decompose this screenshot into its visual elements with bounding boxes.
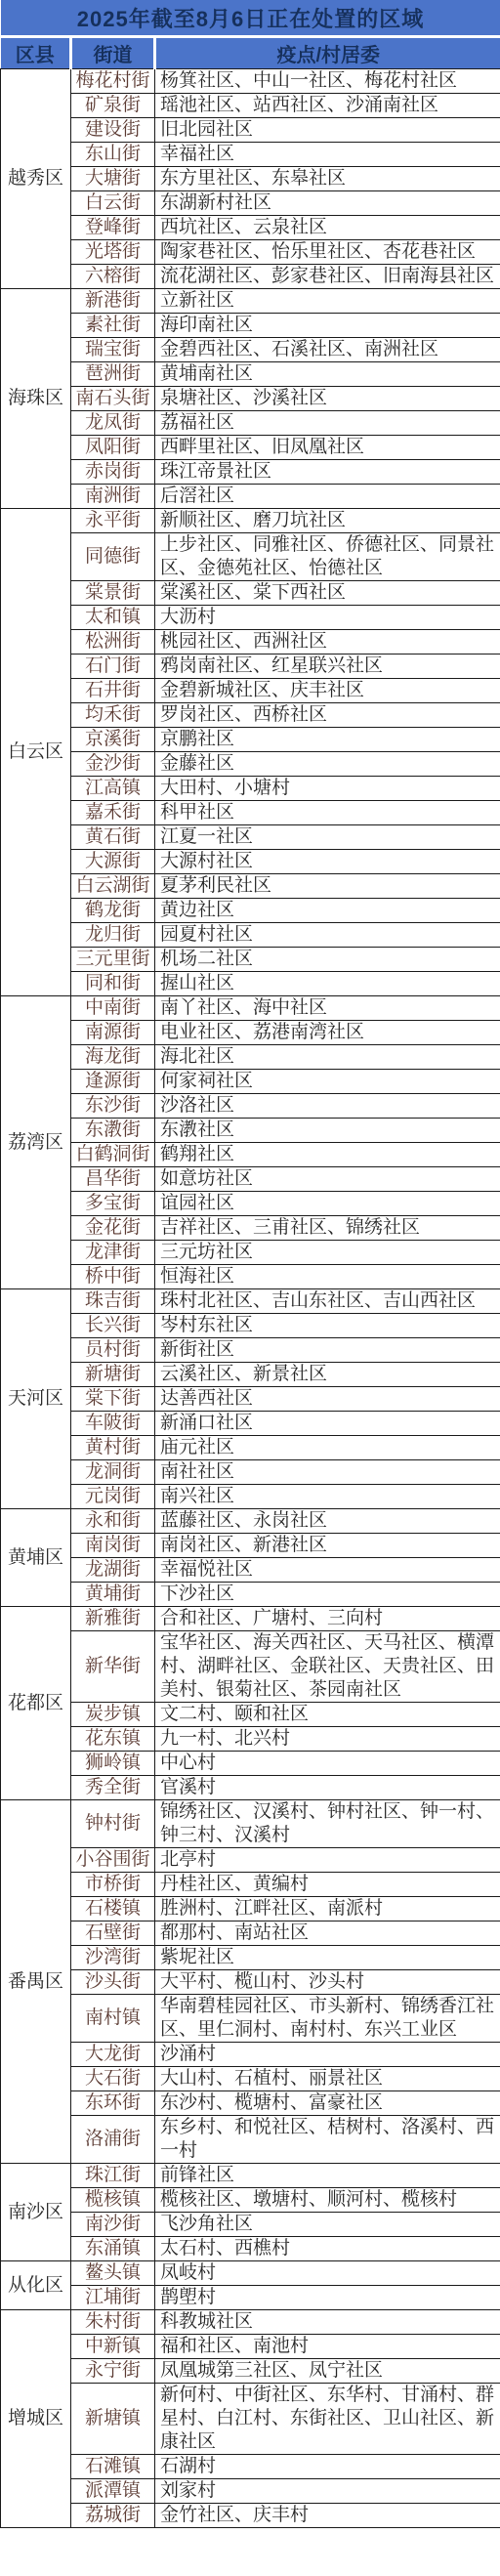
district-cell: 增城区 [1, 2310, 71, 2528]
table-row: 新塘镇新何村、中街社区、东华村、甘涌村、群星村、白江村、东街社区、卫山社区、新康… [1, 2384, 500, 2455]
street-cell: 南源街 [71, 1021, 155, 1045]
table-row: 长兴街岑村东社区 [1, 1314, 500, 1338]
street-cell: 南洲街 [71, 485, 155, 509]
places-cell: 沙涌村 [155, 2043, 500, 2067]
street-cell: 金沙街 [71, 752, 155, 777]
title-row: 2025年截至8月6日正在处置的区域 [1, 0, 500, 37]
places-cell: 杨箕社区、中山一社区、梅花村社区 [155, 69, 500, 94]
table-row: 光塔街陶家巷社区、怡乐里社区、杏花巷社区 [1, 240, 500, 265]
street-cell: 白云街 [71, 191, 155, 216]
table-row: 江高镇大田村、小塘村 [1, 777, 500, 801]
places-cell: 恒海社区 [155, 1265, 500, 1289]
street-cell: 松洲街 [71, 630, 155, 655]
table-row: 金沙街金藤社区 [1, 752, 500, 777]
district-cell: 越秀区 [1, 69, 71, 289]
district-cell: 天河区 [1, 1289, 71, 1509]
places-cell: 东乡村、和悦社区、桔树村、洛溪村、西一村 [155, 2116, 500, 2164]
places-cell: 中心村 [155, 1752, 500, 1776]
street-cell: 小谷围街 [71, 1848, 155, 1873]
places-cell: 新顺社区、磨刀坑社区 [155, 509, 500, 533]
places-cell: 凤岐村 [155, 2261, 500, 2286]
street-cell: 三元里街 [71, 948, 155, 972]
places-cell: 电业社区、荔港南湾社区 [155, 1021, 500, 1045]
places-cell: 新涌口社区 [155, 1412, 500, 1436]
table-row: 中新镇福和社区、南池村 [1, 2335, 500, 2359]
places-cell: 达善西社区 [155, 1387, 500, 1412]
street-cell: 元岗街 [71, 1485, 155, 1509]
places-cell: 京鹏社区 [155, 728, 500, 752]
places-cell: 太石村、西樵村 [155, 2237, 500, 2261]
table-row: 逢源街何家祠社区 [1, 1070, 500, 1094]
street-cell: 车陂街 [71, 1412, 155, 1436]
places-cell: 幸福悦社区 [155, 1558, 500, 1583]
street-cell: 石楼镇 [71, 1897, 155, 1921]
table-row: 昌华街如意坊社区 [1, 1167, 500, 1192]
places-cell: 蓝藤社区、永岗社区 [155, 1509, 500, 1534]
street-cell: 桥中街 [71, 1265, 155, 1289]
street-cell: 员村街 [71, 1338, 155, 1363]
district-cell: 白云区 [1, 509, 71, 996]
table-row: 洛浦街东乡村、和悦社区、桔树村、洛溪村、西一村 [1, 2116, 500, 2164]
places-cell: 园夏村社区 [155, 923, 500, 948]
places-cell: 黄边社区 [155, 899, 500, 923]
places-cell: 泉塘社区、沙溪社区 [155, 387, 500, 411]
places-cell: 何家祠社区 [155, 1070, 500, 1094]
places-cell: 海北社区 [155, 1045, 500, 1070]
column-header-district: 区县 [1, 37, 71, 69]
table-row: 南岗街南岗社区、新港社区 [1, 1534, 500, 1558]
places-cell: 新何村、中街社区、东华村、甘涌村、群星村、白江村、东街社区、卫山社区、新康社区 [155, 2384, 500, 2455]
table-row: 元岗街南兴社区 [1, 1485, 500, 1509]
table-row: 江埔街鹊塱村 [1, 2286, 500, 2310]
table-row: 花都区新雅街合和社区、广塘村、三向村 [1, 1607, 500, 1631]
street-cell: 中南街 [71, 996, 155, 1021]
table-row: 小谷围街北亭村 [1, 1848, 500, 1873]
district-cell: 花都区 [1, 1607, 71, 1800]
table-row: 黄村街庙元社区 [1, 1436, 500, 1460]
places-cell: 科甲社区 [155, 801, 500, 825]
table-row: 建设街旧北园社区 [1, 118, 500, 143]
table-row: 东环街东沙村、榄塘村、富豪社区 [1, 2091, 500, 2116]
places-cell: 机场二社区 [155, 948, 500, 972]
street-cell: 大源街 [71, 850, 155, 874]
district-cell: 荔湾区 [1, 996, 71, 1289]
street-cell: 大石街 [71, 2067, 155, 2091]
street-cell: 鳌头镇 [71, 2261, 155, 2286]
table-row: 南洲街后滘社区 [1, 485, 500, 509]
places-cell: 大源村社区 [155, 850, 500, 874]
table-row: 多宝街谊园社区 [1, 1192, 500, 1216]
places-cell: 东沙村、榄塘村、富豪社区 [155, 2091, 500, 2116]
table-row: 新塘街云溪社区、新景社区 [1, 1363, 500, 1387]
street-cell: 金花街 [71, 1216, 155, 1241]
places-cell: 凤凰城第三社区、凤宁社区 [155, 2359, 500, 2384]
places-cell: 紫坭社区 [155, 1946, 500, 1970]
places-cell: 珠村北社区、吉山东社区、吉山西社区 [155, 1289, 500, 1314]
table-row: 从化区鳌头镇凤岐村 [1, 2261, 500, 2286]
table-row: 海珠区新港街立新社区 [1, 289, 500, 314]
places-cell: 谊园社区 [155, 1192, 500, 1216]
street-cell: 秀全街 [71, 1776, 155, 1800]
street-cell: 黄村街 [71, 1436, 155, 1460]
street-cell: 棠下街 [71, 1387, 155, 1412]
street-cell: 矿泉街 [71, 94, 155, 118]
table-row: 秀全街官溪村 [1, 1776, 500, 1800]
street-cell: 均禾街 [71, 703, 155, 728]
places-cell: 云溪社区、新景社区 [155, 1363, 500, 1387]
places-cell: 东方里社区、东皋社区 [155, 167, 500, 191]
places-cell: 下沙社区 [155, 1583, 500, 1607]
containment-areas-table: 2025年截至8月6日正在处置的区域 区县 街道 疫点/村居委 越秀区梅花村街杨… [0, 0, 500, 2528]
street-cell: 石门街 [71, 655, 155, 679]
street-cell: 南岗街 [71, 1534, 155, 1558]
table-row: 同德街上步社区、同雅社区、侨德社区、同景社区、金德苑社区、怡德社区 [1, 533, 500, 581]
table-row: 东山街幸福社区 [1, 143, 500, 167]
table-row: 黄埔区永和街蓝藤社区、永岗社区 [1, 1509, 500, 1534]
places-cell: 三元坊社区 [155, 1241, 500, 1265]
table-row: 太和镇大沥村 [1, 606, 500, 630]
table-row: 东涌镇太石村、西樵村 [1, 2237, 500, 2261]
table-row: 东漖街东漖社区 [1, 1119, 500, 1143]
places-cell: 庙元社区 [155, 1436, 500, 1460]
street-cell: 石壁街 [71, 1921, 155, 1946]
page-title: 2025年截至8月6日正在处置的区域 [1, 0, 500, 37]
places-cell: 榄核社区、墩塘村、顺河村、榄核村 [155, 2188, 500, 2213]
table-row: 榄核镇榄核社区、墩塘村、顺河村、榄核村 [1, 2188, 500, 2213]
street-cell: 黄埔街 [71, 1583, 155, 1607]
street-cell: 梅花村街 [71, 69, 155, 94]
street-cell: 东漖街 [71, 1119, 155, 1143]
places-cell: 荔福社区 [155, 411, 500, 436]
street-cell: 大塘街 [71, 167, 155, 191]
places-cell: 上步社区、同雅社区、侨德社区、同景社区、金德苑社区、怡德社区 [155, 533, 500, 581]
places-cell: 旧北园社区 [155, 118, 500, 143]
places-cell: 大田村、小塘村 [155, 777, 500, 801]
street-cell: 东涌镇 [71, 2237, 155, 2261]
street-cell: 榄核镇 [71, 2188, 155, 2213]
column-header-row: 区县 街道 疫点/村居委 [1, 37, 500, 69]
places-cell: 沙洛社区 [155, 1094, 500, 1119]
street-cell: 新塘街 [71, 1363, 155, 1387]
table-row: 瑞宝街金碧西社区、石溪社区、南洲社区 [1, 338, 500, 362]
street-cell: 龙洞街 [71, 1460, 155, 1485]
places-cell: 金碧新城社区、庆丰社区 [155, 679, 500, 703]
table-row: 龙津街三元坊社区 [1, 1241, 500, 1265]
table-row: 赤岗街珠江帝景社区 [1, 460, 500, 485]
table-row: 南源街电业社区、荔港南湾社区 [1, 1021, 500, 1045]
places-cell: 鸦岗南社区、红星联兴社区 [155, 655, 500, 679]
table-row: 越秀区梅花村街杨箕社区、中山一社区、梅花村社区 [1, 69, 500, 94]
street-cell: 南沙街 [71, 2213, 155, 2237]
street-cell: 市桥街 [71, 1873, 155, 1897]
places-cell: 流花湖社区、彭家巷社区、旧南海县社区 [155, 265, 500, 289]
table-row: 白云街东湖新村社区 [1, 191, 500, 216]
street-cell: 登峰街 [71, 216, 155, 240]
places-cell: 西畔里社区、旧凤凰社区 [155, 436, 500, 460]
street-cell: 瑞宝街 [71, 338, 155, 362]
street-cell: 嘉禾街 [71, 801, 155, 825]
street-cell: 中新镇 [71, 2335, 155, 2359]
places-cell: 南社社区 [155, 1460, 500, 1485]
table-row: 矿泉街瑶池社区、站西社区、沙涌南社区 [1, 94, 500, 118]
places-cell: 如意坊社区 [155, 1167, 500, 1192]
street-cell: 白鹤洞街 [71, 1143, 155, 1167]
table-row: 金花街吉祥社区、三甫社区、锦绣社区 [1, 1216, 500, 1241]
table-row: 六榕街流花湖社区、彭家巷社区、旧南海县社区 [1, 265, 500, 289]
street-cell: 洛浦街 [71, 2116, 155, 2164]
district-cell: 海珠区 [1, 289, 71, 509]
column-header-street: 街道 [71, 37, 155, 69]
table-row: 南沙区珠江街前锋社区 [1, 2164, 500, 2188]
street-cell: 钟村街 [71, 1800, 155, 1848]
table-row: 京溪街京鹏社区 [1, 728, 500, 752]
table-row: 龙凤街荔福社区 [1, 411, 500, 436]
places-cell: 后滘社区 [155, 485, 500, 509]
places-cell: 夏茅利民社区 [155, 874, 500, 899]
places-cell: 海印南社区 [155, 314, 500, 338]
table-row: 凤阳街西畔里社区、旧凤凰社区 [1, 436, 500, 460]
table-row: 大龙街沙涌村 [1, 2043, 500, 2067]
street-cell: 京溪街 [71, 728, 155, 752]
places-cell: 宝华社区、海关西社区、天马社区、横潭村、湖畔社区、金联社区、天贵社区、田美村、银… [155, 1631, 500, 1703]
table-row: 龙洞街南社社区 [1, 1460, 500, 1485]
table-row: 狮岭镇中心村 [1, 1752, 500, 1776]
places-cell: 九一村、北兴村 [155, 1727, 500, 1752]
places-cell: 瑶池社区、站西社区、沙涌南社区 [155, 94, 500, 118]
places-cell: 大山村、石植村、丽景社区 [155, 2067, 500, 2091]
street-cell: 同德街 [71, 533, 155, 581]
street-cell: 同和街 [71, 972, 155, 996]
places-cell: 陶家巷社区、怡乐里社区、杏花巷社区 [155, 240, 500, 265]
places-cell: 华南碧桂园社区、市头新村、锦绣香江社区、里仁洞村、南村村、东兴工业区 [155, 1995, 500, 2043]
table-row: 棠下街达善西社区 [1, 1387, 500, 1412]
table-row: 嘉禾街科甲社区 [1, 801, 500, 825]
places-cell: 金竹社区、庆丰村 [155, 2504, 500, 2528]
table-row: 石井街金碧新城社区、庆丰社区 [1, 679, 500, 703]
district-cell: 从化区 [1, 2261, 71, 2310]
table-row: 白云湖街夏茅利民社区 [1, 874, 500, 899]
places-cell: 锦绣社区、汉溪村、钟村社区、钟一村、钟三村、汉溪村 [155, 1800, 500, 1848]
street-cell: 白云湖街 [71, 874, 155, 899]
table-row: 员村街新街社区 [1, 1338, 500, 1363]
places-cell: 东漖社区 [155, 1119, 500, 1143]
table-row: 东沙街沙洛社区 [1, 1094, 500, 1119]
street-cell: 东山街 [71, 143, 155, 167]
places-cell: 大沥村 [155, 606, 500, 630]
table-body: 越秀区梅花村街杨箕社区、中山一社区、梅花村社区矿泉街瑶池社区、站西社区、沙涌南社… [1, 69, 500, 2528]
table-row: 荔城街金竹社区、庆丰村 [1, 2504, 500, 2528]
table-row: 大源街大源村社区 [1, 850, 500, 874]
table-row: 龙湖街幸福悦社区 [1, 1558, 500, 1583]
table-row: 石滩镇石湖村 [1, 2455, 500, 2479]
table-row: 石楼镇胜洲村、江畔社区、南派村 [1, 1897, 500, 1921]
places-cell: 胜洲村、江畔社区、南派村 [155, 1897, 500, 1921]
street-cell: 光塔街 [71, 240, 155, 265]
table-row: 白鹤洞街鹤翔社区 [1, 1143, 500, 1167]
street-cell: 花东镇 [71, 1727, 155, 1752]
street-cell: 长兴街 [71, 1314, 155, 1338]
district-cell: 黄埔区 [1, 1509, 71, 1607]
table-row: 大塘街东方里社区、东皋社区 [1, 167, 500, 191]
table-row: 增城区朱村街科教城社区 [1, 2310, 500, 2335]
table-row: 大石街大山村、石植村、丽景社区 [1, 2067, 500, 2091]
street-cell: 素社街 [71, 314, 155, 338]
street-cell: 昌华街 [71, 1167, 155, 1192]
table-row: 派潭镇刘家村 [1, 2479, 500, 2504]
places-cell: 金藤社区 [155, 752, 500, 777]
street-cell: 黄石街 [71, 825, 155, 850]
street-cell: 琶洲街 [71, 362, 155, 387]
table-row: 桥中街恒海社区 [1, 1265, 500, 1289]
street-cell: 新塘镇 [71, 2384, 155, 2455]
places-cell: 桃园社区、西洲社区 [155, 630, 500, 655]
street-cell: 东环街 [71, 2091, 155, 2116]
street-cell: 大龙街 [71, 2043, 155, 2067]
street-cell: 炭步镇 [71, 1703, 155, 1727]
table-row: 素社街海印南社区 [1, 314, 500, 338]
street-cell: 永宁街 [71, 2359, 155, 2384]
table-row: 登峰街西坑社区、云泉社区 [1, 216, 500, 240]
places-cell: 福和社区、南池村 [155, 2335, 500, 2359]
street-cell: 鹤龙街 [71, 899, 155, 923]
table-row: 车陂街新涌口社区 [1, 1412, 500, 1436]
places-cell: 西坑社区、云泉社区 [155, 216, 500, 240]
table-row: 同和街握山社区 [1, 972, 500, 996]
table-row: 南石头街泉塘社区、沙溪社区 [1, 387, 500, 411]
table-row: 永宁街凤凰城第三社区、凤宁社区 [1, 2359, 500, 2384]
places-cell: 飞沙角社区 [155, 2213, 500, 2237]
street-cell: 新港街 [71, 289, 155, 314]
table-row: 石壁街都那村、南站社区 [1, 1921, 500, 1946]
table-row: 棠景街棠溪社区、棠下西社区 [1, 581, 500, 606]
street-cell: 南石头街 [71, 387, 155, 411]
places-cell: 北亭村 [155, 1848, 500, 1873]
places-cell: 珠江帝景社区 [155, 460, 500, 485]
street-cell: 新雅街 [71, 1607, 155, 1631]
table-row: 黄埔街下沙社区 [1, 1583, 500, 1607]
street-cell: 六榕街 [71, 265, 155, 289]
places-cell: 罗岗社区、西桥社区 [155, 703, 500, 728]
table-row: 白云区永平街新顺社区、磨刀坑社区 [1, 509, 500, 533]
table-row: 鹤龙街黄边社区 [1, 899, 500, 923]
street-cell: 多宝街 [71, 1192, 155, 1216]
places-cell: 黄埔南社区 [155, 362, 500, 387]
street-cell: 石滩镇 [71, 2455, 155, 2479]
places-cell: 立新社区 [155, 289, 500, 314]
places-cell: 南兴社区 [155, 1485, 500, 1509]
street-cell: 沙头街 [71, 1970, 155, 1995]
district-cell: 南沙区 [1, 2164, 71, 2261]
places-cell: 鹊塱村 [155, 2286, 500, 2310]
places-cell: 刘家村 [155, 2479, 500, 2504]
places-cell: 南丫社区、海中社区 [155, 996, 500, 1021]
street-cell: 凤阳街 [71, 436, 155, 460]
table-row: 均禾街罗岗社区、西桥社区 [1, 703, 500, 728]
table-row: 黄石街江夏一社区 [1, 825, 500, 850]
table-row: 花东镇九一村、北兴村 [1, 1727, 500, 1752]
street-cell: 赤岗街 [71, 460, 155, 485]
street-cell: 东沙街 [71, 1094, 155, 1119]
places-cell: 东湖新村社区 [155, 191, 500, 216]
street-cell: 南村镇 [71, 1995, 155, 2043]
street-cell: 珠吉街 [71, 1289, 155, 1314]
table-row: 炭步镇文二村、颐和社区 [1, 1703, 500, 1727]
street-cell: 龙归街 [71, 923, 155, 948]
street-cell: 江高镇 [71, 777, 155, 801]
table-row: 沙头街大平村、榄山村、沙头村 [1, 1970, 500, 1995]
street-cell: 朱村街 [71, 2310, 155, 2335]
places-cell: 石湖村 [155, 2455, 500, 2479]
places-cell: 合和社区、广塘村、三向村 [155, 1607, 500, 1631]
table-row: 龙归街园夏村社区 [1, 923, 500, 948]
places-cell: 前锋社区 [155, 2164, 500, 2188]
street-cell: 珠江街 [71, 2164, 155, 2188]
street-cell: 沙湾街 [71, 1946, 155, 1970]
places-cell: 文二村、颐和社区 [155, 1703, 500, 1727]
places-cell: 科教城社区 [155, 2310, 500, 2335]
district-cell: 番禺区 [1, 1800, 71, 2164]
places-cell: 棠溪社区、棠下西社区 [155, 581, 500, 606]
street-cell: 逢源街 [71, 1070, 155, 1094]
street-cell: 龙凤街 [71, 411, 155, 436]
street-cell: 海龙街 [71, 1045, 155, 1070]
street-cell: 龙津街 [71, 1241, 155, 1265]
street-cell: 江埔街 [71, 2286, 155, 2310]
containment-areas-page: 2025年截至8月6日正在处置的区域 区县 街道 疫点/村居委 越秀区梅花村街杨… [0, 0, 500, 2528]
table-row: 沙湾街紫坭社区 [1, 1946, 500, 1970]
places-cell: 鹤翔社区 [155, 1143, 500, 1167]
street-cell: 狮岭镇 [71, 1752, 155, 1776]
table-row: 南沙街飞沙角社区 [1, 2213, 500, 2237]
column-header-places: 疫点/村居委 [155, 37, 500, 69]
street-cell: 永平街 [71, 509, 155, 533]
street-cell: 新华街 [71, 1631, 155, 1703]
street-cell: 龙湖街 [71, 1558, 155, 1583]
places-cell: 握山社区 [155, 972, 500, 996]
table-row: 天河区珠吉街珠村北社区、吉山东社区、吉山西社区 [1, 1289, 500, 1314]
street-cell: 棠景街 [71, 581, 155, 606]
street-cell: 永和街 [71, 1509, 155, 1534]
places-cell: 官溪村 [155, 1776, 500, 1800]
street-cell: 派潭镇 [71, 2479, 155, 2504]
table-row: 市桥街丹桂社区、黄编村 [1, 1873, 500, 1897]
table-row: 石门街鸦岗南社区、红星联兴社区 [1, 655, 500, 679]
places-cell: 幸福社区 [155, 143, 500, 167]
street-cell: 石井街 [71, 679, 155, 703]
table-row: 海龙街海北社区 [1, 1045, 500, 1070]
street-cell: 建设街 [71, 118, 155, 143]
street-cell: 太和镇 [71, 606, 155, 630]
table-row: 番禺区钟村街锦绣社区、汉溪村、钟村社区、钟一村、钟三村、汉溪村 [1, 1800, 500, 1848]
places-cell: 丹桂社区、黄编村 [155, 1873, 500, 1897]
places-cell: 吉祥社区、三甫社区、锦绣社区 [155, 1216, 500, 1241]
places-cell: 江夏一社区 [155, 825, 500, 850]
places-cell: 大平村、榄山村、沙头村 [155, 1970, 500, 1995]
table-row: 松洲街桃园社区、西洲社区 [1, 630, 500, 655]
places-cell: 新街社区 [155, 1338, 500, 1363]
places-cell: 岑村东社区 [155, 1314, 500, 1338]
table-row: 新华街宝华社区、海关西社区、天马社区、横潭村、湖畔社区、金联社区、天贵社区、田美… [1, 1631, 500, 1703]
places-cell: 南岗社区、新港社区 [155, 1534, 500, 1558]
table-row: 琶洲街黄埔南社区 [1, 362, 500, 387]
places-cell: 都那村、南站社区 [155, 1921, 500, 1946]
street-cell: 荔城街 [71, 2504, 155, 2528]
table-row: 三元里街机场二社区 [1, 948, 500, 972]
places-cell: 金碧西社区、石溪社区、南洲社区 [155, 338, 500, 362]
table-row: 荔湾区中南街南丫社区、海中社区 [1, 996, 500, 1021]
table-row: 南村镇华南碧桂园社区、市头新村、锦绣香江社区、里仁洞村、南村村、东兴工业区 [1, 1995, 500, 2043]
